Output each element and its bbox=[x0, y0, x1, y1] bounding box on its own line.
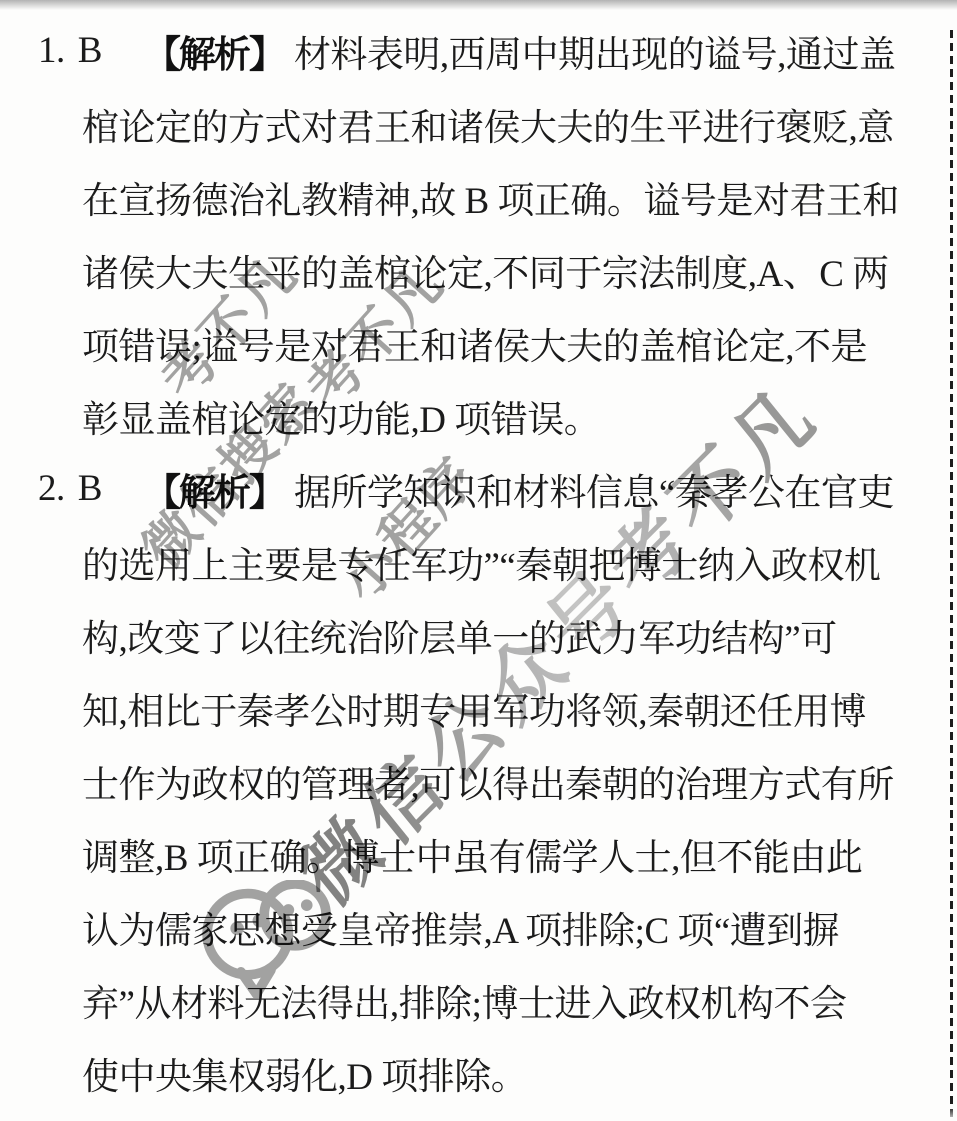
text-line: 构,改变了以往统治阶层单一的武力军功结构”可 bbox=[0, 598, 948, 671]
text-line: 棺论定的方式对君王和诸侯大夫的生平进行褒贬,意 bbox=[0, 87, 948, 160]
text-line: 诸侯大夫生平的盖棺论定,不同于宗法制度,A、C 两 bbox=[0, 233, 948, 306]
scan-bottom-fade bbox=[0, 1107, 957, 1121]
analysis-text: 据所学知识和材料信息“秦孝公在官吏 bbox=[294, 462, 894, 516]
text-line: 弃”从材料无法得出,排除;博士进入政权机构不会 bbox=[0, 963, 948, 1036]
text-line: 认为儒家思想受皇帝推崇,A 项排除;C 项“遭到摒 bbox=[0, 890, 948, 963]
page-edge-dashed-rule bbox=[950, 30, 953, 1121]
answers-content: 1. B 【解析】 材料表明,西周中期出现的谥号,通过盖 棺论定的方式对君王和诸… bbox=[0, 14, 948, 1109]
text-line: 项错误;谥号是对君王和诸侯大夫的盖棺论定,不是 bbox=[0, 306, 948, 379]
text-line: 的选用上主要是专任军功”“秦朝把博士纳入政权机 bbox=[0, 525, 948, 598]
text-line: 使中央集权弱化,D 项排除。 bbox=[0, 1036, 948, 1109]
question-number: 1. bbox=[38, 29, 65, 72]
text-line: 彰显盖棺论定的功能,D 项错误。 bbox=[0, 379, 948, 452]
analysis-label: 【解析】 bbox=[144, 24, 284, 78]
text-line: 知,相比于秦孝公时期专用军功将领,秦朝还任用博 bbox=[0, 671, 948, 744]
answer-letter: B bbox=[78, 29, 102, 72]
answer-item-2: 2. B 【解析】 据所学知识和材料信息“秦孝公在官吏 的选用上主要是专任军功”… bbox=[0, 452, 948, 1109]
scanned-answer-page: 1. B 【解析】 材料表明,西周中期出现的谥号,通过盖 棺论定的方式对君王和诸… bbox=[0, 0, 957, 1121]
answer-item-1: 1. B 【解析】 材料表明,西周中期出现的谥号,通过盖 棺论定的方式对君王和诸… bbox=[0, 14, 948, 452]
question-number: 2. bbox=[38, 467, 65, 510]
text-line: 士作为政权的管理者,可以得出秦朝的治理方式有所 bbox=[0, 744, 948, 817]
text-line: 1. B 【解析】 材料表明,西周中期出现的谥号,通过盖 bbox=[0, 14, 948, 87]
scan-edge-shadow bbox=[0, 0, 957, 10]
analysis-text: 材料表明,西周中期出现的谥号,通过盖 bbox=[294, 24, 896, 78]
analysis-label: 【解析】 bbox=[144, 462, 284, 516]
text-line: 调整,B 项正确。博士中虽有儒学人士,但不能由此 bbox=[0, 817, 948, 890]
text-line: 2. B 【解析】 据所学知识和材料信息“秦孝公在官吏 bbox=[0, 452, 948, 525]
answer-letter: B bbox=[78, 467, 102, 510]
text-line: 在宣扬德治礼教精神,故 B 项正确。谥号是对君王和 bbox=[0, 160, 948, 233]
